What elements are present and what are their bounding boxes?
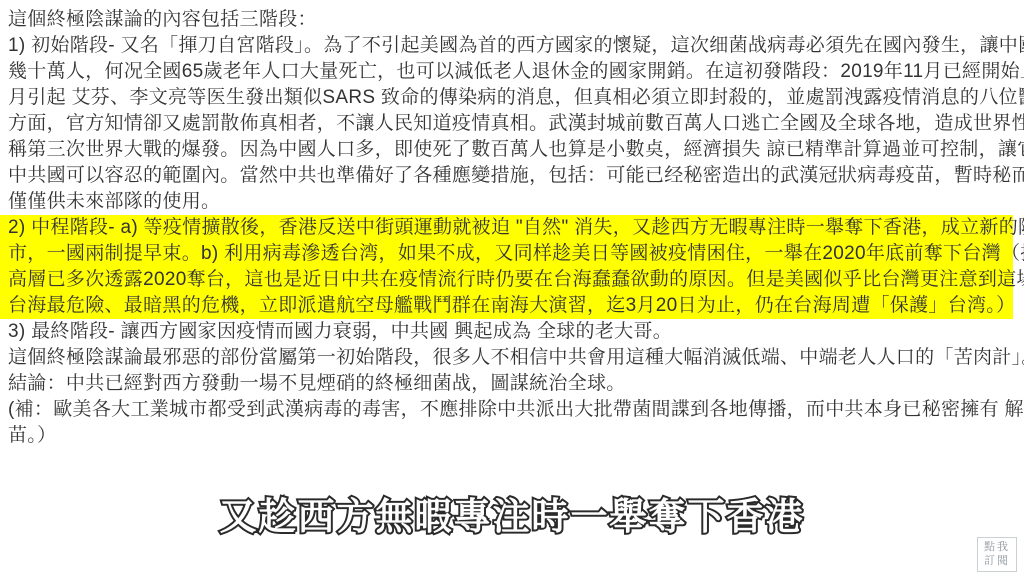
text-line: 這個終極陰謀論的內容包括三階段： [8,7,1024,33]
text-line: 市，一國兩制提早束。b) 利用病毒滲透台湾，如果不成，又同样趁美日等國被疫情困住… [8,241,1013,267]
text-line: 僅僅供未來部隊的使用。 [8,189,1024,215]
text-line: 1) 初始階段- 又名「揮刀自宮階段」。為了不引起美國為首的西方國家的懷疑，這次… [8,33,1024,59]
subscribe-badge[interactable]: 點我 訂閱 [977,537,1017,572]
text-line: 中共國可以容忍的範圍內。當然中共也準備好了各種應變措施，包括：可能已经秘密造出的… [8,163,1024,189]
text-line: 稱第三次世界大戰的爆發。因為中國人口多，即使死了數百萬人也算是小數奌，經濟損失 … [8,137,1024,163]
text-line: 台海最危險、最暗黑的危機，立即派遣航空母艦戰鬥群在南海大演習，迄3月20日为止，… [8,293,1013,319]
highlighted-passage: 2) 中程階段- a) 等疫情擴散後，香港反送中街頭運動就被迫 "自然" 消失，… [0,215,1013,319]
text-line: 幾十萬人，何况全國65歲老年人口大量死亡，也可以減低老人退休金的國家開銷。在這初… [8,59,1024,85]
text-line: 高層已多次透露2020奪台，這也是近日中共在疫情流行時仍要在台海蠢蠢欲動的原因。… [8,267,1013,293]
document-text: 這個終極陰謀論的內容包括三階段： 1) 初始階段- 又名「揮刀自宮階段」。為了不… [8,7,1024,449]
text-line: 月引起 艾芬、李文亮等医生發出類似SARS 致命的傳染病的消息，但真相必須立即封… [8,85,1024,111]
subscribe-badge-text: 訂閱 [978,554,1016,568]
text-line: 2) 中程階段- a) 等疫情擴散後，香港反送中街頭運動就被迫 "自然" 消失，… [8,215,1013,241]
text-line: 這個終極陰謀論最邪惡的部份當屬第一初始階段，很多人不相信中共會用這種大幅消滅低端… [8,345,1024,371]
text-line: 3) 最終階段- 讓西方國家因疫情而國力衰弱，中共國 興起成為 全球的老大哥。 [8,319,1024,345]
video-subtitle: 又趁西方無暇專注時一舉奪下香港 [0,486,1024,540]
subscribe-badge-text: 點我 [978,540,1016,554]
text-line: 結論：中共已經對西方發動一場不見煙硝的終極细菌战，圖謀統治全球。 [8,371,1024,397]
text-line: (補：歐美各大工業城市都受到武漢病毒的毒害，不應排除中共派出大批帶菌間諜到各地傳… [8,397,1024,423]
text-line: 苗。） [8,423,1024,449]
text-line: 方面，官方知情卻又處罰散佈真相者，不讓人民知道疫情真相。武漢封城前數百萬人口逃亡… [8,111,1024,137]
